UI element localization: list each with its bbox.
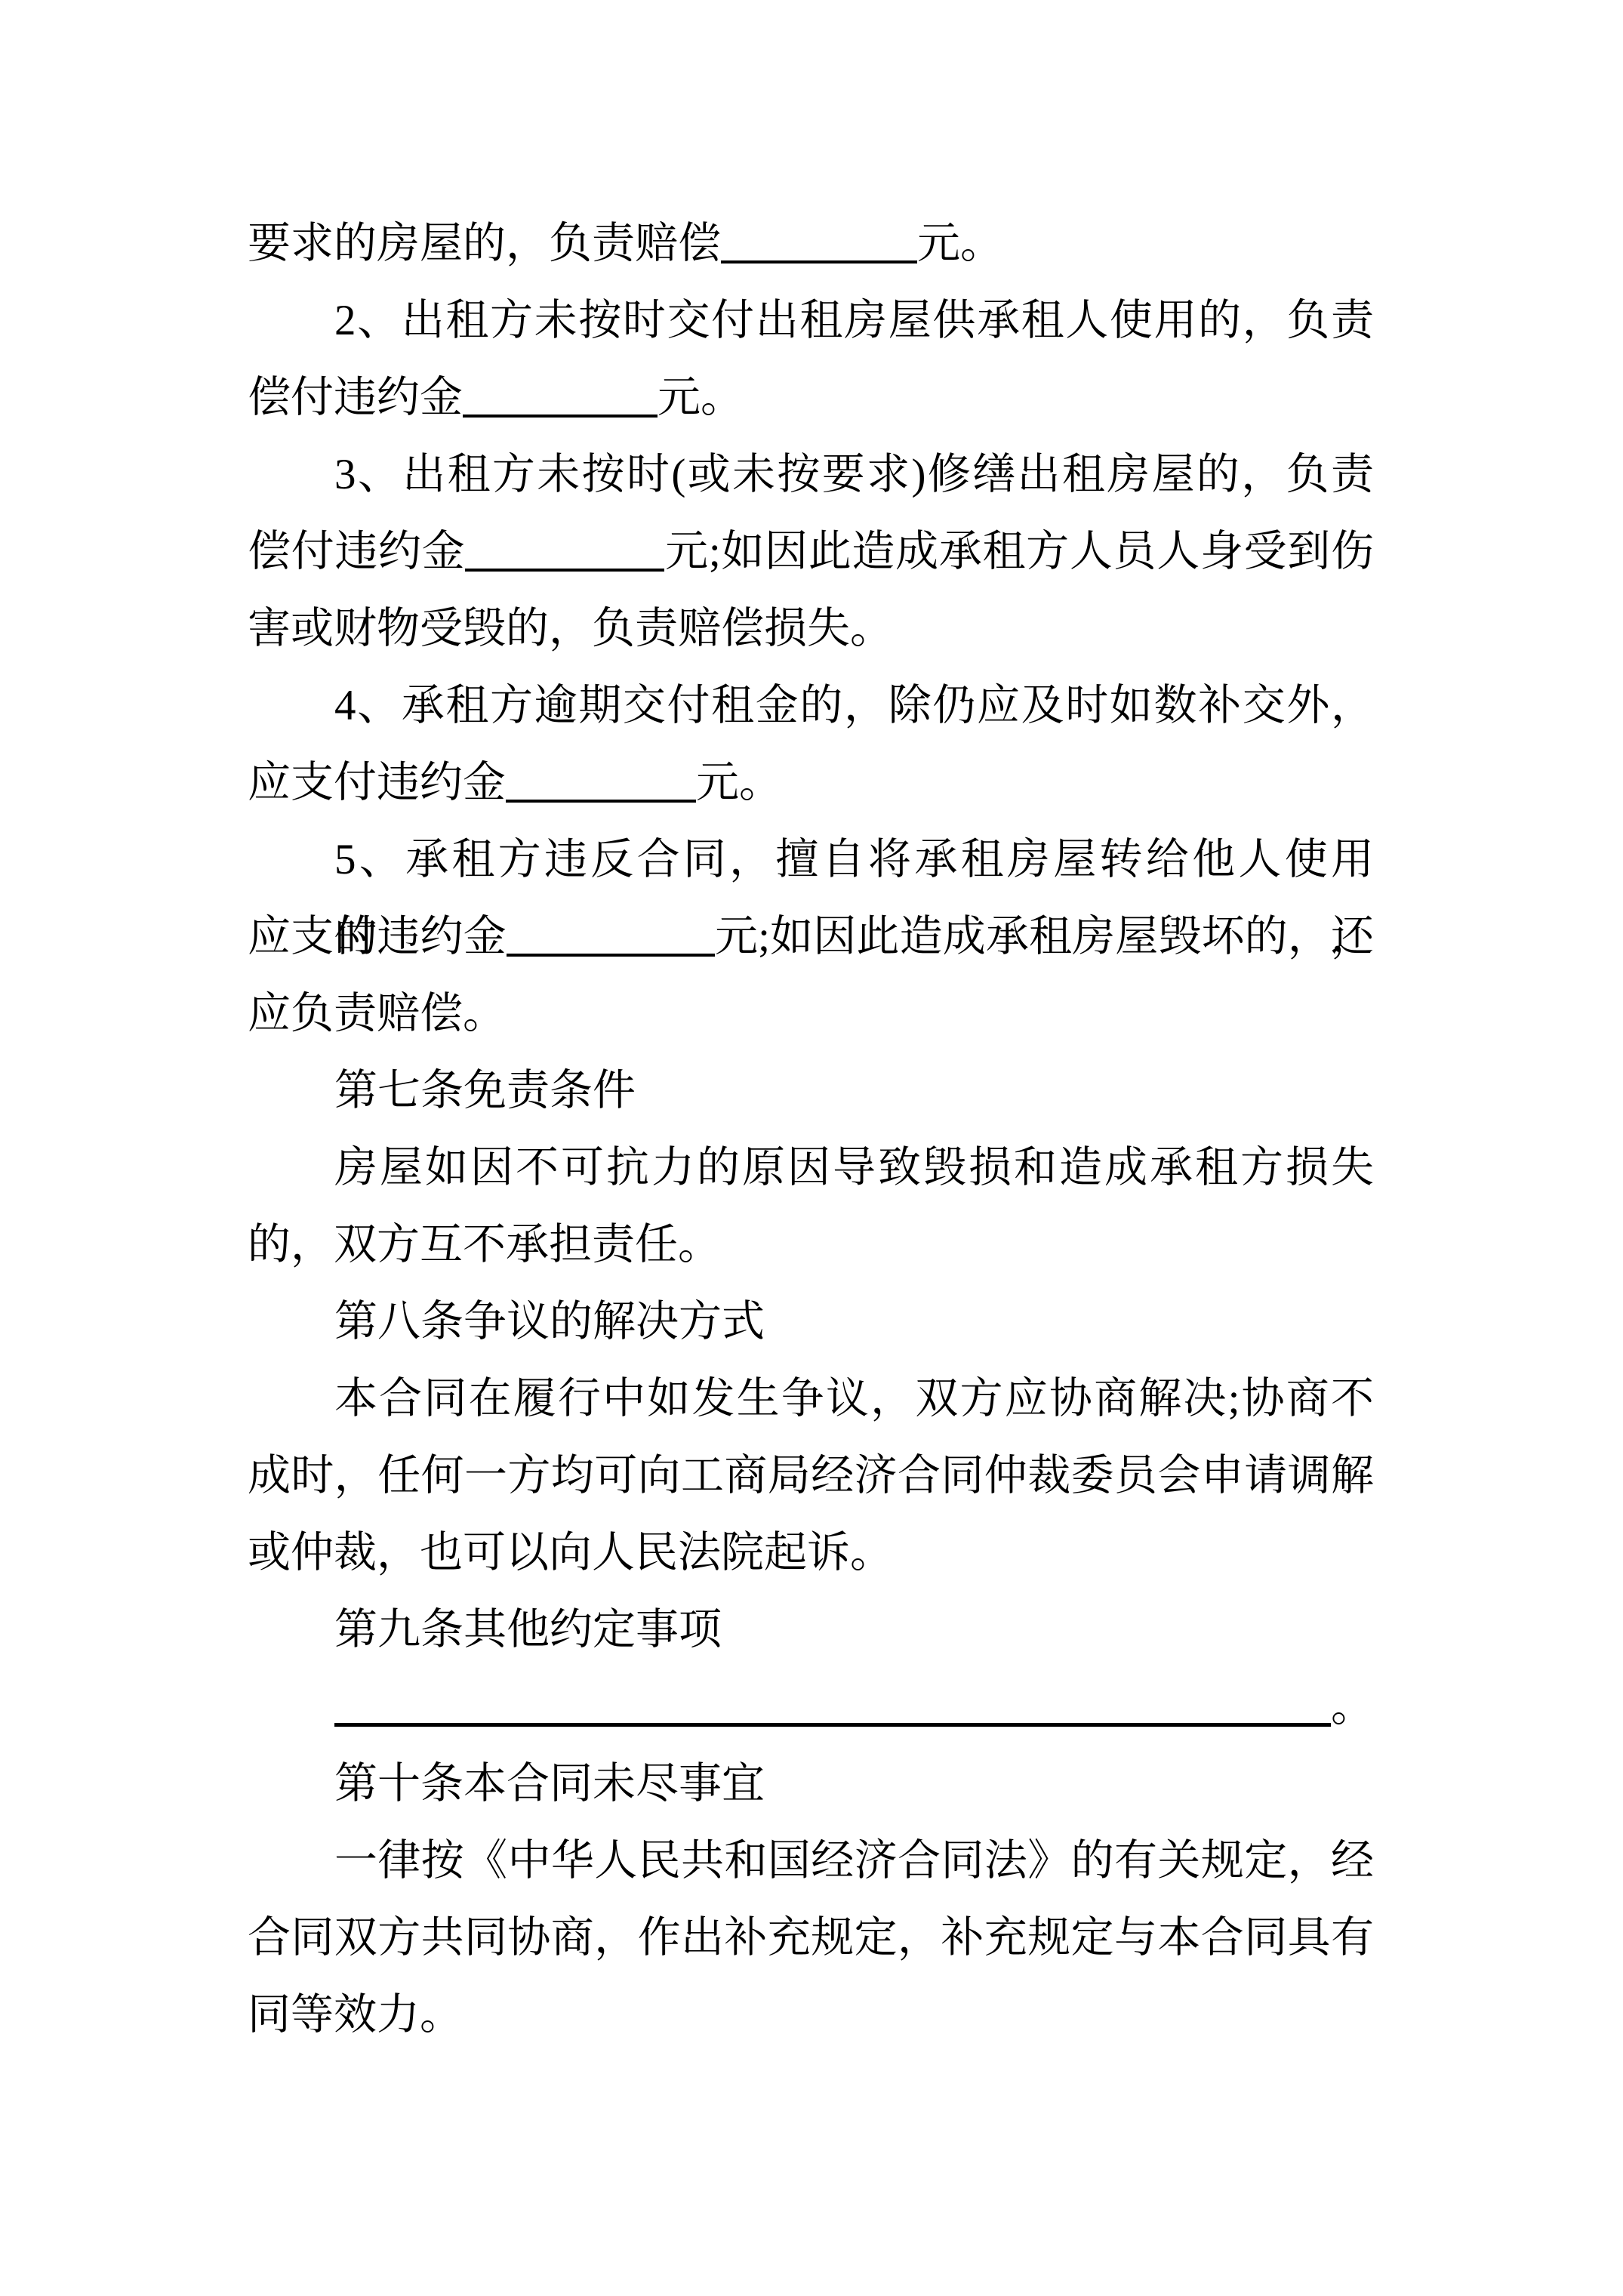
document-line: 成时，任何一方均可向工商局经济合同仲裁委员会申请调解	[248, 1438, 1374, 1515]
text-segment: 应负责赔偿。	[248, 990, 506, 1037]
document-line: 3、出租方未按时(或未按要求)修缮出租房屋的，负责	[248, 436, 1374, 513]
document-line: 害或财物受毁的，负责赔偿损失。	[248, 590, 1374, 667]
text-segment: 元。	[917, 220, 1003, 267]
document-line: 4、承租方逾期交付租金的，除仍应及时如数补交外，	[248, 667, 1374, 744]
blank-field	[506, 794, 696, 803]
text-segment: 。	[1331, 1683, 1374, 1730]
blank-field	[507, 948, 715, 957]
document-page: 要求的房屋的，负责赔偿元。2、出租方未按时交付出租房屋供承租人使用的，负责偿付违…	[0, 0, 1623, 2296]
text-segment: 一律按《中华人民共和国经济合同法》的有关规定，经	[334, 1837, 1374, 1885]
document-line: 偿付违约金元;如因此造成承租方人员人身受到伤	[248, 513, 1374, 590]
document-line: 第九条其他约定事项	[248, 1592, 1374, 1669]
document-line: 应支付违约金元。	[248, 744, 1374, 821]
document-line: 房屋如因不可抗力的原因导致毁损和造成承租方损失	[248, 1130, 1374, 1207]
document-line: 同等效力。	[248, 1977, 1374, 2054]
text-segment: 元。	[696, 759, 782, 806]
text-segment: 第八条争议的解决方式	[334, 1298, 765, 1345]
text-segment: 元。	[658, 374, 744, 421]
document-line: 的，双方互不承担责任。	[248, 1207, 1374, 1284]
text-segment: 要求的房屋的，负责赔偿	[248, 220, 721, 267]
document-line: 要求的房屋的，负责赔偿元。	[248, 205, 1374, 282]
document-line: 。	[248, 1669, 1374, 1746]
text-segment: 的，双方互不承担责任。	[248, 1221, 721, 1268]
text-segment: 第九条其他约定事项	[334, 1606, 722, 1653]
document-line: 本合同在履行中如发生争议，双方应协商解决;协商不	[248, 1361, 1374, 1438]
text-segment: 房屋如因不可抗力的原因导致毁损和造成承租方损失	[334, 1144, 1374, 1191]
document-line: 或仲裁，也可以向人民法院起诉。	[248, 1515, 1374, 1592]
text-segment: 同等效力。	[248, 1991, 463, 2039]
document-line: 合同双方共同协商，作出补充规定，补充规定与本合同具有	[248, 1900, 1374, 1977]
document-line: 2、出租方未按时交付出租房屋供承租人使用的，负责	[248, 282, 1374, 359]
text-segment: 或仲裁，也可以向人民法院起诉。	[248, 1529, 893, 1576]
text-segment: 应支付违约金	[248, 759, 506, 806]
text-segment: 4、承租方逾期交付租金的，除仍应及时如数补交外，	[334, 682, 1374, 729]
text-segment: 3、出租方未按时(或未按要求)修缮出租房屋的，负责	[334, 451, 1374, 498]
text-segment: 元;如因此造成承租房屋毁坏的，还	[715, 913, 1374, 960]
text-segment: 第十条本合同未尽事宜	[334, 1760, 765, 1808]
document-line: 应支付违约金元;如因此造成承租房屋毁坏的，还	[248, 898, 1374, 975]
text-segment: 偿付违约金	[248, 528, 465, 575]
document-line: 第十条本合同未尽事宜	[248, 1746, 1374, 1823]
text-segment: 应支付违约金	[248, 913, 507, 960]
text-segment: 成时，任何一方均可向工商局经济合同仲裁委员会申请调解	[248, 1452, 1374, 1499]
blank-field	[721, 254, 917, 264]
text-segment: 第七条免责条件	[334, 1067, 636, 1114]
text-segment: 偿付违约金	[248, 374, 463, 421]
document-content: 要求的房屋的，负责赔偿元。2、出租方未按时交付出租房屋供承租人使用的，负责偿付违…	[248, 205, 1374, 2054]
blank-field	[334, 1717, 1331, 1727]
document-line: 第七条免责条件	[248, 1052, 1374, 1130]
document-line: 应负责赔偿。	[248, 975, 1374, 1052]
text-segment: 害或财物受毁的，负责赔偿损失。	[248, 605, 893, 652]
blank-field	[465, 562, 664, 572]
blank-field	[463, 408, 658, 418]
document-line: 一律按《中华人民共和国经济合同法》的有关规定，经	[248, 1823, 1374, 1900]
text-segment: 本合同在履行中如发生争议，双方应协商解决;协商不	[334, 1375, 1374, 1422]
document-line: 第八条争议的解决方式	[248, 1284, 1374, 1361]
text-segment: 2、出租方未按时交付出租房屋供承租人使用的，负责	[334, 297, 1374, 344]
document-line: 5、承租方违反合同，擅自将承租房屋转给他人使用的，	[248, 821, 1374, 898]
text-segment: 合同双方共同协商，作出补充规定，补充规定与本合同具有	[248, 1914, 1374, 1962]
document-line: 偿付违约金元。	[248, 359, 1374, 436]
text-segment: 元;如因此造成承租方人员人身受到伤	[664, 528, 1374, 575]
